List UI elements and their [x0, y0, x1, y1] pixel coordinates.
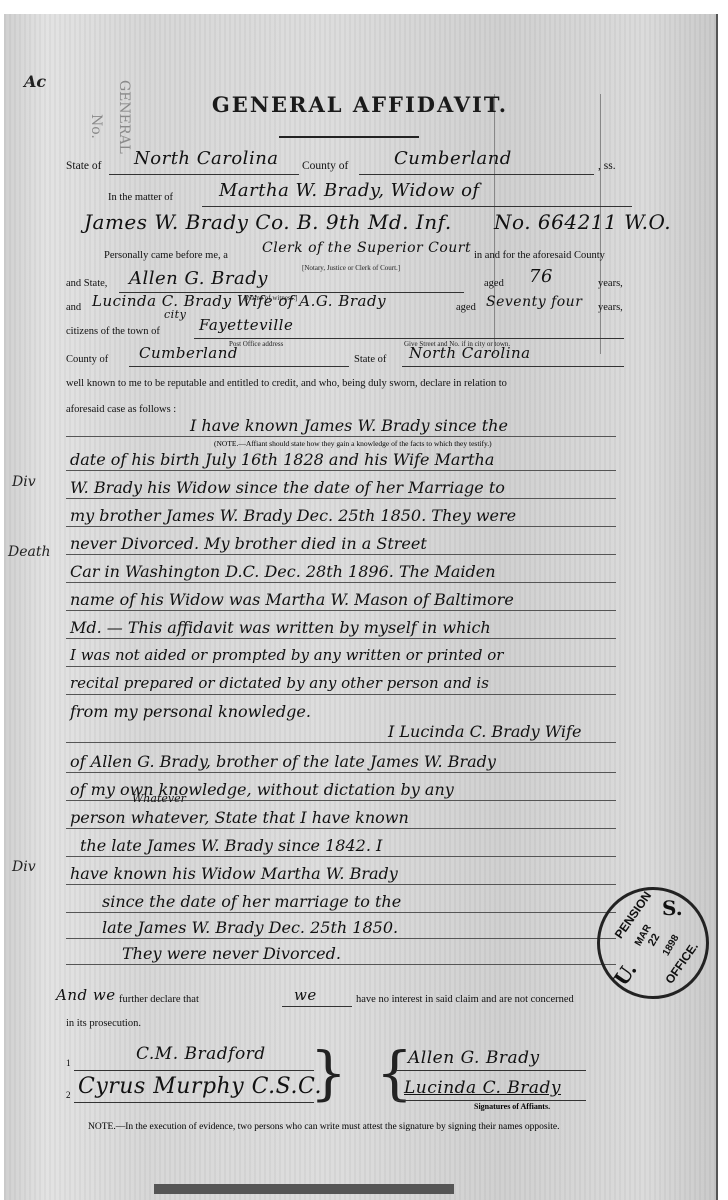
vertical-stamp-no: No.	[88, 114, 104, 139]
statement-line: recital prepared or dictated by any othe…	[70, 674, 630, 692]
attest1-num: 1	[66, 1058, 71, 1068]
interest-text: have no interest in said claim and are n…	[356, 994, 574, 1005]
county-value-2: Cumberland	[139, 344, 238, 362]
state-label-2: State of	[354, 354, 386, 365]
attest2-num: 2	[66, 1090, 71, 1100]
state-label: State of	[66, 160, 101, 172]
pension-office-stamp: PENSION S. MAR 22 1898 OFFICE. U.	[597, 887, 709, 999]
statement-line: person whatever, State that I have known	[70, 808, 630, 827]
aforesaid-text: aforesaid case as follows :	[66, 404, 176, 415]
statement-line: have known his Widow Martha W. Brady	[70, 864, 630, 883]
title-rule	[279, 136, 419, 138]
sworn-text: well known to me to be reputable and ent…	[66, 378, 507, 389]
affidavit-page: Ac GENERAL No. GENERAL AFFIDAVIT. State …	[4, 14, 718, 1200]
statement-line: I was not aided or prompted by any writt…	[70, 646, 630, 664]
claim-number: No. 664211 W.O.	[494, 210, 671, 234]
statement-line: late James W. Brady Dec. 25th 1850.	[102, 918, 662, 937]
matter-label: In the matter of	[108, 192, 173, 203]
matter-value-1: Martha W. Brady, Widow of	[219, 180, 480, 201]
witness2-age: Seventy four	[486, 294, 582, 310]
statement-line: name of his Widow was Martha W. Mason of…	[70, 590, 630, 609]
affiants-label: Signatures of Affiants.	[474, 1102, 550, 1111]
statement-line: Md. — This affidavit was written by myse…	[70, 618, 630, 637]
statement-line: I Lucinda C. Brady Wife	[388, 722, 728, 741]
attest-brace: }	[310, 1044, 347, 1102]
county-label-2: County of	[66, 354, 108, 365]
statement-line: from my personal knowledge.	[70, 702, 630, 721]
county-suffix: in and for the aforesaid County	[474, 250, 605, 261]
citizens-label: citizens of the town of	[66, 326, 160, 337]
statement-line: never Divorced. My brother died in a Str…	[70, 534, 630, 553]
statement-line: my brother James W. Brady Dec. 25th 1850…	[70, 506, 630, 525]
prosecution-text: in its prosecution.	[66, 1018, 141, 1029]
statement-line: W. Brady his Widow since the date of her…	[70, 478, 630, 497]
statement-line: date of his birth July 16th 1828 and his…	[70, 450, 630, 469]
whatever-insert: Whatever	[132, 792, 692, 805]
statement-note: (NOTE.—Affiant should state how they gai…	[214, 439, 492, 448]
and-label: and	[66, 302, 81, 313]
state-value-2: North Carolina	[409, 344, 531, 362]
county-label: County of	[302, 160, 348, 172]
margin-note-death: Death	[8, 544, 51, 560]
and-state-label: and State,	[66, 278, 107, 289]
archive-bar	[154, 1184, 454, 1194]
statement-line: the late James W. Brady since 1842. I	[80, 836, 640, 855]
aged-label: aged	[484, 278, 504, 289]
officer-hint: [Notary, Justice or Clerk of Court.]	[302, 264, 400, 272]
witness1-name: Allen G. Brady	[129, 268, 268, 289]
witness2-name: Lucinda C. Brady Wife of A.G. Brady	[92, 292, 386, 310]
officer-value: Clerk of the Superior Court	[262, 240, 471, 256]
statement-line: since the date of her marriage to the	[102, 892, 662, 911]
attest1-signature: C.M. Bradford	[136, 1044, 266, 1064]
statement-line: Car in Washington D.C. Dec. 28th 1896. T…	[70, 562, 630, 581]
we-value: we	[294, 986, 317, 1004]
city-insert: city	[164, 308, 186, 321]
matter-value-2: James W. Brady Co. B. 9th Md. Inf.	[84, 210, 452, 234]
stamp-u: U.	[609, 958, 642, 990]
county-value: Cumberland	[394, 148, 512, 169]
corner-mark: Ac	[24, 72, 46, 91]
years-label: years,	[598, 278, 623, 289]
aged-label-2: aged	[456, 302, 476, 313]
further-label: further declare that	[119, 994, 199, 1005]
stamp-letter: S.	[662, 896, 683, 920]
witness1-age: 76	[529, 266, 553, 287]
margin-note-div-2: Div	[12, 859, 36, 875]
affiant2-signature: Lucinda C. Brady	[404, 1078, 561, 1098]
years-label-2: years,	[598, 302, 623, 313]
document-title: GENERAL AFFIDAVIT.	[4, 92, 716, 117]
attest2-signature: Cyrus Murphy C.S.C.	[78, 1074, 322, 1099]
ss-label: , ss.	[598, 160, 616, 172]
state-value: North Carolina	[134, 148, 279, 169]
declaration-prefix: And we	[56, 986, 116, 1004]
margin-note-div: Div	[12, 474, 36, 490]
statement-line: I have known James W. Brady since the	[190, 416, 728, 435]
town-value: Fayetteville	[199, 316, 293, 334]
came-before-label: Personally came before me, a	[104, 250, 228, 261]
affiant1-signature: Allen G. Brady	[408, 1048, 540, 1068]
statement-line: of Allen G. Brady, brother of the late J…	[70, 752, 630, 771]
attest-note: NOTE.—In the execution of evidence, two …	[88, 1120, 628, 1135]
